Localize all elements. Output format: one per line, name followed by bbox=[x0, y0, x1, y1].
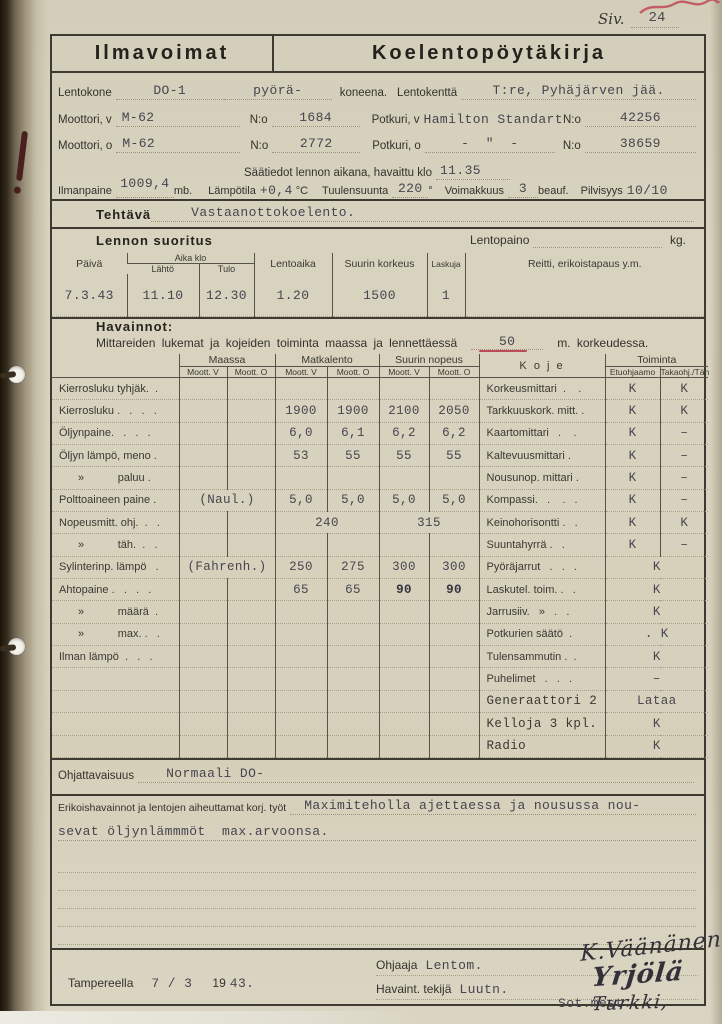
col-lentoaika: Lentoaika bbox=[254, 253, 332, 274]
obs-value-cell bbox=[275, 534, 327, 556]
altitude-value: 50 bbox=[499, 334, 515, 349]
obs-value-cell bbox=[379, 467, 429, 489]
koneena-label: koneena. bbox=[332, 87, 391, 100]
reitti-value bbox=[465, 274, 704, 317]
obs-value-cell: 6,2 bbox=[429, 422, 479, 444]
koje-row-label: Tulensammutin . . bbox=[479, 646, 605, 668]
obs-value-cell bbox=[275, 668, 327, 690]
obs-value-cell bbox=[179, 713, 227, 735]
koje-row-label: Laskutel. toim. . . bbox=[479, 579, 605, 601]
obs-value-cell bbox=[179, 735, 227, 758]
koje-row-label: Kaartomittari . . bbox=[479, 422, 605, 444]
toiminta-etu-cell: K bbox=[605, 378, 660, 400]
obs-value-cell: 275 bbox=[327, 556, 379, 578]
toiminta-etu-cell: K bbox=[605, 534, 660, 556]
obs-value-cell bbox=[429, 668, 479, 690]
obs-value-cell: 1900 bbox=[327, 400, 379, 422]
obs-row-label: » paluu . bbox=[52, 467, 179, 489]
obs-value-cell bbox=[429, 735, 479, 758]
obs-value-cell: 315 bbox=[379, 512, 479, 534]
obs-value-cell bbox=[227, 378, 275, 400]
obs-value-cell bbox=[327, 690, 379, 712]
obs-value-cell bbox=[429, 467, 479, 489]
degree-label: ° bbox=[428, 185, 436, 198]
lentopaino-label: Lentopaino bbox=[470, 233, 533, 248]
no-label: N:o bbox=[563, 114, 585, 127]
koje-row-label: Kelloja 3 kpl. bbox=[479, 713, 605, 735]
obs-value-cell bbox=[379, 735, 429, 758]
col-moott-v: Moott. V bbox=[379, 367, 429, 378]
obs-value-cell bbox=[179, 601, 227, 623]
col-suurin-nopeus: Suurin nopeus bbox=[379, 354, 479, 367]
havaint-label: Havaint. tekijä bbox=[376, 982, 455, 997]
year-printed: 19 bbox=[198, 976, 229, 991]
havainnot-subtitle: Mittareiden lukemat ja kojeiden toiminta… bbox=[96, 336, 457, 350]
obs-table-row: » paluu .Nousunop. mittari .K– bbox=[52, 467, 708, 489]
toiminta-etu-cell: K bbox=[605, 512, 660, 534]
toiminta-taka-cell: K bbox=[660, 512, 708, 534]
obs-value-cell bbox=[429, 690, 479, 712]
obs-value-cell: 5,0 bbox=[275, 489, 327, 511]
koje-row-label: Korkeusmittari . . bbox=[479, 378, 605, 400]
obs-value-cell bbox=[179, 467, 227, 489]
laskuja-value: 1 bbox=[427, 274, 465, 317]
obs-value-cell bbox=[275, 690, 327, 712]
obs-value-cell bbox=[429, 713, 479, 735]
obs-value-cell bbox=[327, 601, 379, 623]
mission-section: Tehtävä Vastaanottokoelento. bbox=[52, 201, 704, 229]
obs-value-cell bbox=[179, 400, 227, 422]
obs-value-cell bbox=[379, 534, 429, 556]
toiminta-taka-cell: K bbox=[660, 400, 708, 422]
obs-value-cell bbox=[227, 467, 275, 489]
col-tulo: Tulo bbox=[199, 264, 254, 275]
org-title: Ilmavoimat bbox=[52, 36, 274, 71]
pilvisyys-label: Pilvisyys bbox=[573, 185, 627, 198]
obs-value-cell bbox=[179, 422, 227, 444]
korkeus-value: 1500 bbox=[332, 274, 427, 317]
voimakkuus-value: 3 bbox=[508, 181, 538, 198]
obs-value-cell bbox=[179, 378, 227, 400]
koje-row-label: Puhelimet . . . bbox=[479, 668, 605, 690]
beauf-label: beauf. bbox=[538, 185, 573, 198]
toiminta-value-cell: K bbox=[605, 556, 708, 578]
obs-row-label: Ilman lämpö . . . bbox=[52, 646, 179, 668]
scanned-flight-test-record: Siv. 24 Ilmavoimat Koelentopöytäkirja Le… bbox=[0, 0, 722, 1024]
koje-row-label: Keinohorisontti . . bbox=[479, 512, 605, 534]
obs-row-label: Kierrosluku tyhjäk. . bbox=[52, 378, 179, 400]
obs-row-label bbox=[52, 713, 179, 735]
obs-value-cell: 65 bbox=[275, 579, 327, 601]
obs-value-cell bbox=[179, 646, 227, 668]
obs-row-label: Öljyn lämpö, meno . bbox=[52, 445, 179, 467]
obs-table-row: Kierrosluku tyhjäk. .Korkeusmittari . .K… bbox=[52, 378, 708, 400]
obs-table-row: Nopeusmitt. ohj. . .240315Keinohorisontt… bbox=[52, 512, 708, 534]
moottori-v-label: Moottori, v bbox=[58, 114, 116, 127]
obs-value-cell bbox=[327, 713, 379, 735]
obs-table-row: » täh. . .Suuntahyrrä . .K– bbox=[52, 534, 708, 556]
obs-value-cell bbox=[227, 512, 275, 534]
blank-ruled-area bbox=[52, 858, 704, 948]
potkuri-v-label: Potkuri, v bbox=[360, 114, 424, 127]
koje-row-label: Kompassi. . . . bbox=[479, 489, 605, 511]
col-moott-o: Moott. O bbox=[429, 367, 479, 378]
saatiedot-label: Säätiedot lennon aikana, havaittu klo bbox=[244, 167, 436, 180]
obs-value-cell bbox=[429, 534, 479, 556]
controllability-section: Ohjattavaisuus Normaali DO- bbox=[52, 760, 704, 796]
lampotila-label: Lämpötila bbox=[196, 185, 260, 198]
toiminta-value-cell: – bbox=[605, 668, 708, 690]
col-lahto: Lähtö bbox=[127, 264, 199, 275]
lentokentta-value: T:re, Pyhäjärven jää. bbox=[461, 83, 696, 100]
obs-value-cell: 250 bbox=[275, 556, 327, 578]
moottori-o-no: 2772 bbox=[272, 136, 360, 153]
koje-row-label: Pyöräjarrut . . . bbox=[479, 556, 605, 578]
obs-value-cell bbox=[179, 512, 227, 534]
col-moott-o: Moott. O bbox=[327, 367, 379, 378]
korkeudessa-label: m. korkeudessa. bbox=[557, 336, 648, 350]
obs-table-row: Öljynpaine. . . .6,06,16,26,2Kaartomitta… bbox=[52, 422, 708, 444]
toiminta-value-cell: K bbox=[605, 646, 708, 668]
aircraft-info-section: Lentokone DO-1 pyörä- koneena. Lentokent… bbox=[52, 73, 704, 201]
toiminta-value-cell: Lataa bbox=[605, 690, 708, 712]
ohjaaja-label: Ohjaaja bbox=[376, 958, 421, 973]
obs-value-cell bbox=[429, 623, 479, 645]
toiminta-value-cell: K bbox=[605, 713, 708, 735]
no-label: N:o bbox=[555, 140, 585, 153]
lampotila-value: +0,4 bbox=[260, 183, 293, 198]
moottori-v-no: 1684 bbox=[272, 110, 360, 127]
ilmanpaine-label: Ilmanpaine bbox=[58, 185, 116, 198]
obs-row-label: Kierrosluku . . . . bbox=[52, 400, 179, 422]
obs-value-cell bbox=[379, 623, 429, 645]
obs-value-cell: 300 bbox=[429, 556, 479, 578]
obs-value-cell: 5,0 bbox=[379, 489, 429, 511]
obs-row-label: Ahtopaine . . . . bbox=[52, 579, 179, 601]
toiminta-value-cell: K bbox=[605, 601, 708, 623]
obs-value-cell: 1900 bbox=[275, 400, 327, 422]
potkuri-o-value: - " - bbox=[425, 136, 555, 153]
toiminta-value-cell: K bbox=[605, 735, 708, 758]
obs-value-cell: 6,0 bbox=[275, 422, 327, 444]
obs-value-cell bbox=[379, 690, 429, 712]
toiminta-taka-cell: – bbox=[660, 445, 708, 467]
toiminta-taka-cell: K bbox=[660, 378, 708, 400]
obs-row-label bbox=[52, 690, 179, 712]
obs-value-cell: (Fahrenh.) bbox=[179, 556, 275, 578]
koje-row-label: Potkurien säätö . bbox=[479, 623, 605, 645]
col-paiva: Päivä bbox=[52, 253, 127, 274]
red-pencil-squiggle bbox=[636, 0, 720, 16]
obs-value-cell bbox=[227, 690, 275, 712]
ohjaaja-rank: Lentom. bbox=[421, 958, 482, 973]
obs-value-cell bbox=[227, 601, 275, 623]
obs-value-cell bbox=[327, 623, 379, 645]
potkuri-v-no: 42256 bbox=[585, 110, 696, 127]
page-edge-shadow bbox=[710, 0, 722, 1024]
koje-row-label: Generaattori 2 kpl. bbox=[479, 690, 605, 712]
obs-value-cell bbox=[227, 713, 275, 735]
havainnot-title: Havainnot: bbox=[96, 319, 173, 334]
obs-row-label: Nopeusmitt. ohj. . . bbox=[52, 512, 179, 534]
obs-value-cell bbox=[379, 668, 429, 690]
obs-row-label: Polttoaineen paine . bbox=[52, 489, 179, 511]
obs-value-cell: 5,0 bbox=[429, 489, 479, 511]
tuulensuunta-label: Tuulensuunta bbox=[312, 185, 392, 198]
koje-row-label: Jarrusiiv. » . . bbox=[479, 601, 605, 623]
obs-value-cell bbox=[227, 668, 275, 690]
obs-table-row: Polttoaineen paine .(Naul.)5,05,05,05,0K… bbox=[52, 489, 708, 511]
tuulensuunta-value: 220 bbox=[392, 181, 428, 198]
koje-row-label: Radio bbox=[479, 735, 605, 758]
ilmanpaine-value: 1009,4 bbox=[120, 176, 169, 191]
obs-row-label: » max. . . bbox=[52, 623, 179, 645]
obs-row-label bbox=[52, 668, 179, 690]
obs-value-cell: 6,2 bbox=[379, 422, 429, 444]
obs-value-cell bbox=[227, 422, 275, 444]
obs-value-cell bbox=[379, 601, 429, 623]
moottori-v-value: M-62 bbox=[116, 110, 240, 127]
place-label: Tampereella bbox=[68, 976, 137, 991]
obs-value-cell: 90 bbox=[379, 579, 429, 601]
lentoaika-value: 1.20 bbox=[254, 274, 332, 317]
col-takaohj: Takaohj./Täh bbox=[660, 367, 708, 378]
obs-value-cell: 2050 bbox=[429, 400, 479, 422]
toiminta-taka-cell: – bbox=[660, 534, 708, 556]
obs-value-cell: 55 bbox=[429, 445, 479, 467]
paiva-value: 7.3.43 bbox=[52, 274, 127, 317]
koje-row-label: Tarkkuuskork. mitt. . bbox=[479, 400, 605, 422]
koje-row-label: Suuntahyrrä . . bbox=[479, 534, 605, 556]
col-toiminta: Toiminta bbox=[605, 354, 708, 367]
observations-table: Maassa Matkalento Suurin nopeus K o j e … bbox=[52, 354, 704, 760]
obs-table-row: Ahtopaine . . . .65659090Laskutel. toim.… bbox=[52, 579, 708, 601]
obs-row-label: » määrä . bbox=[52, 601, 179, 623]
obs-value-cell bbox=[227, 735, 275, 758]
obs-value-cell bbox=[275, 623, 327, 645]
obs-value-cell bbox=[179, 623, 227, 645]
obs-value-cell: 240 bbox=[275, 512, 379, 534]
obs-value-cell bbox=[227, 646, 275, 668]
obs-value-cell bbox=[327, 467, 379, 489]
obs-value-cell bbox=[327, 378, 379, 400]
obs-value-cell bbox=[227, 579, 275, 601]
obs-table-row: Generaattori 2 kpl.Lataa bbox=[52, 690, 708, 712]
erikois-label: Erikoishavainnot ja lentojen aiheuttamat… bbox=[58, 802, 290, 815]
form-sheet: Ilmavoimat Koelentopöytäkirja Lentokone … bbox=[50, 34, 706, 1006]
obs-value-cell: 53 bbox=[275, 445, 327, 467]
toiminta-etu-cell: K bbox=[605, 467, 660, 489]
potkuri-v-value: Hamilton Standart bbox=[424, 112, 563, 127]
col-aika-klo: Aika klo bbox=[127, 253, 254, 264]
col-koje: K o j e bbox=[479, 354, 605, 378]
obs-value-cell: 6,1 bbox=[327, 422, 379, 444]
obs-value-cell bbox=[227, 623, 275, 645]
form-header: Ilmavoimat Koelentopöytäkirja bbox=[52, 36, 704, 73]
no-label: N:o bbox=[240, 114, 272, 127]
obs-value-cell bbox=[379, 713, 429, 735]
toiminta-etu-cell: K bbox=[605, 445, 660, 467]
obs-value-cell bbox=[327, 668, 379, 690]
obs-value-cell bbox=[429, 378, 479, 400]
obs-value-cell: 5,0 bbox=[327, 489, 379, 511]
lentokone-label: Lentokone bbox=[58, 87, 116, 100]
toiminta-etu-cell: K bbox=[605, 400, 660, 422]
underlying-page-edge bbox=[0, 1011, 420, 1024]
siv-label: Siv. bbox=[598, 10, 625, 28]
sotmest-signature: Turkki, bbox=[591, 991, 669, 1016]
obs-value-cell bbox=[275, 467, 327, 489]
obs-value-cell bbox=[327, 735, 379, 758]
erikois-line1: Maximiteholla ajettaessa ja nousussa nou… bbox=[290, 798, 696, 815]
lentokone-value: DO-1 bbox=[116, 83, 224, 100]
obs-value-cell bbox=[275, 735, 327, 758]
obs-table-row: » max. . .Potkurien säätö .. K bbox=[52, 623, 708, 645]
obs-table-row: Kelloja 3 kpl.K bbox=[52, 713, 708, 735]
lahto-value: 11.10 bbox=[127, 274, 199, 317]
obs-table-row: Puhelimet . . .– bbox=[52, 668, 708, 690]
col-etuohjaamo: Etuohjaamo bbox=[605, 367, 660, 378]
col-moott-o: Moott. O bbox=[227, 367, 275, 378]
obs-value-cell: 2100 bbox=[379, 400, 429, 422]
special-observations-section: Erikoishavainnot ja lentojen aiheuttamat… bbox=[52, 796, 704, 858]
col-laskuja: Laskuja bbox=[427, 253, 465, 274]
obs-row-label: Öljynpaine. . . . bbox=[52, 422, 179, 444]
obs-value-cell bbox=[379, 378, 429, 400]
observations-heading: Havainnot: Mittareiden lukemat ja kojeid… bbox=[52, 319, 704, 354]
havaint-rank: Luutn. bbox=[455, 982, 508, 997]
obs-value-cell bbox=[275, 713, 327, 735]
obs-value-cell bbox=[327, 646, 379, 668]
obs-value-cell bbox=[179, 579, 227, 601]
erikois-line2: sevat öljynlämmmöt max.arvoonsa. bbox=[58, 824, 696, 841]
obs-value-cell bbox=[429, 646, 479, 668]
flight-table: Päivä Aika klo Lentoaika Suurin korkeus … bbox=[52, 253, 704, 319]
obs-value-cell: 55 bbox=[379, 445, 429, 467]
tehtava-value: Vastaanottokoelento. bbox=[151, 205, 694, 222]
moottori-o-label: Moottori, o bbox=[58, 140, 116, 153]
form-title: Koelentopöytäkirja bbox=[274, 36, 704, 71]
obs-value-cell: 90 bbox=[429, 579, 479, 601]
toiminta-value-cell: K bbox=[605, 579, 708, 601]
ohjattavaisuus-label: Ohjattavaisuus bbox=[58, 770, 138, 783]
obs-value-cell: 300 bbox=[379, 556, 429, 578]
klo-value: 11.35 bbox=[436, 163, 510, 180]
obs-value-cell bbox=[275, 646, 327, 668]
tulo-value: 12.30 bbox=[199, 274, 254, 317]
obs-value-cell bbox=[275, 378, 327, 400]
obs-row-label bbox=[52, 735, 179, 758]
flight-data-row: 7.3.43 11.10 12.30 1.20 1500 1 bbox=[52, 274, 704, 317]
obs-table-row: RadioK bbox=[52, 735, 708, 758]
toiminta-taka-cell: – bbox=[660, 422, 708, 444]
obs-value-cell: (Naul.) bbox=[179, 489, 275, 511]
obs-value-cell bbox=[179, 668, 227, 690]
voimakkuus-label: Voimakkuus bbox=[437, 185, 508, 198]
red-underline bbox=[479, 350, 527, 353]
moottori-o-value: M-62 bbox=[116, 136, 240, 153]
col-moott-v: Moott. V bbox=[179, 367, 227, 378]
col-reitti: Reitti, erikoistapaus y.m. bbox=[465, 253, 704, 274]
potkuri-o-label: Potkuri, o bbox=[360, 140, 425, 153]
obs-value-cell bbox=[179, 534, 227, 556]
koje-row-label: Nousunop. mittari . bbox=[479, 467, 605, 489]
pilvisyys-value: 10/10 bbox=[627, 183, 668, 198]
tehtava-label: Tehtävä bbox=[96, 207, 151, 222]
col-maassa: Maassa bbox=[179, 354, 275, 367]
obs-value-cell bbox=[327, 534, 379, 556]
col-suurin-korkeus: Suurin korkeus bbox=[332, 253, 427, 274]
col-moott-v: Moott. V bbox=[275, 367, 327, 378]
toiminta-taka-cell: – bbox=[660, 467, 708, 489]
obs-value-cell bbox=[227, 445, 275, 467]
obs-table-row: Sylinterinp. lämpö .(Fahrenh.)2502753003… bbox=[52, 556, 708, 578]
koje-row-label: Kaltevuusmittari . bbox=[479, 445, 605, 467]
date-value: 7 / 3 bbox=[137, 976, 198, 991]
year-typed: 43. bbox=[230, 976, 255, 991]
obs-value-cell bbox=[275, 601, 327, 623]
obs-table-row: Kierrosluku . . . .1900190021002050Tarkk… bbox=[52, 400, 708, 422]
obs-table-row: Öljyn lämpö, meno .53555555Kaltevuusmitt… bbox=[52, 445, 708, 467]
obs-value-cell: 65 bbox=[327, 579, 379, 601]
obs-value-cell: 55 bbox=[327, 445, 379, 467]
flight-performance-header: Lennon suoritus Lentopaino kg. bbox=[52, 229, 704, 253]
obs-value-cell bbox=[179, 445, 227, 467]
celsius-label: °C bbox=[293, 185, 312, 198]
lentokentta-label: Lentokenttä bbox=[391, 87, 461, 100]
obs-row-label: » täh. . . bbox=[52, 534, 179, 556]
lennon-suoritus-title: Lennon suoritus bbox=[96, 233, 213, 248]
no-label: N:o bbox=[240, 140, 272, 153]
potkuri-o-no: 38659 bbox=[585, 136, 696, 153]
ohjattavaisuus-value: Normaali DO- bbox=[138, 766, 694, 783]
kg-label: kg. bbox=[662, 233, 690, 248]
toiminta-etu-cell: K bbox=[605, 422, 660, 444]
obs-value-cell bbox=[227, 534, 275, 556]
obs-value-cell bbox=[429, 601, 479, 623]
toiminta-etu-cell: K bbox=[605, 489, 660, 511]
obs-row-label: Sylinterinp. lämpö . bbox=[52, 556, 179, 578]
obs-value-cell bbox=[379, 646, 429, 668]
obs-value-cell bbox=[179, 690, 227, 712]
obs-value-cell bbox=[227, 400, 275, 422]
obs-table-row: » määrä .Jarrusiiv. » . .K bbox=[52, 601, 708, 623]
obs-table-row: Ilman lämpö . . .Tulensammutin . .K bbox=[52, 646, 708, 668]
toiminta-taka-cell: – bbox=[660, 489, 708, 511]
gear-type-value: pyörä- bbox=[224, 83, 332, 100]
toiminta-value-cell: . K bbox=[605, 623, 708, 645]
col-matkalento: Matkalento bbox=[275, 354, 379, 367]
mb-label: mb. bbox=[174, 185, 196, 198]
